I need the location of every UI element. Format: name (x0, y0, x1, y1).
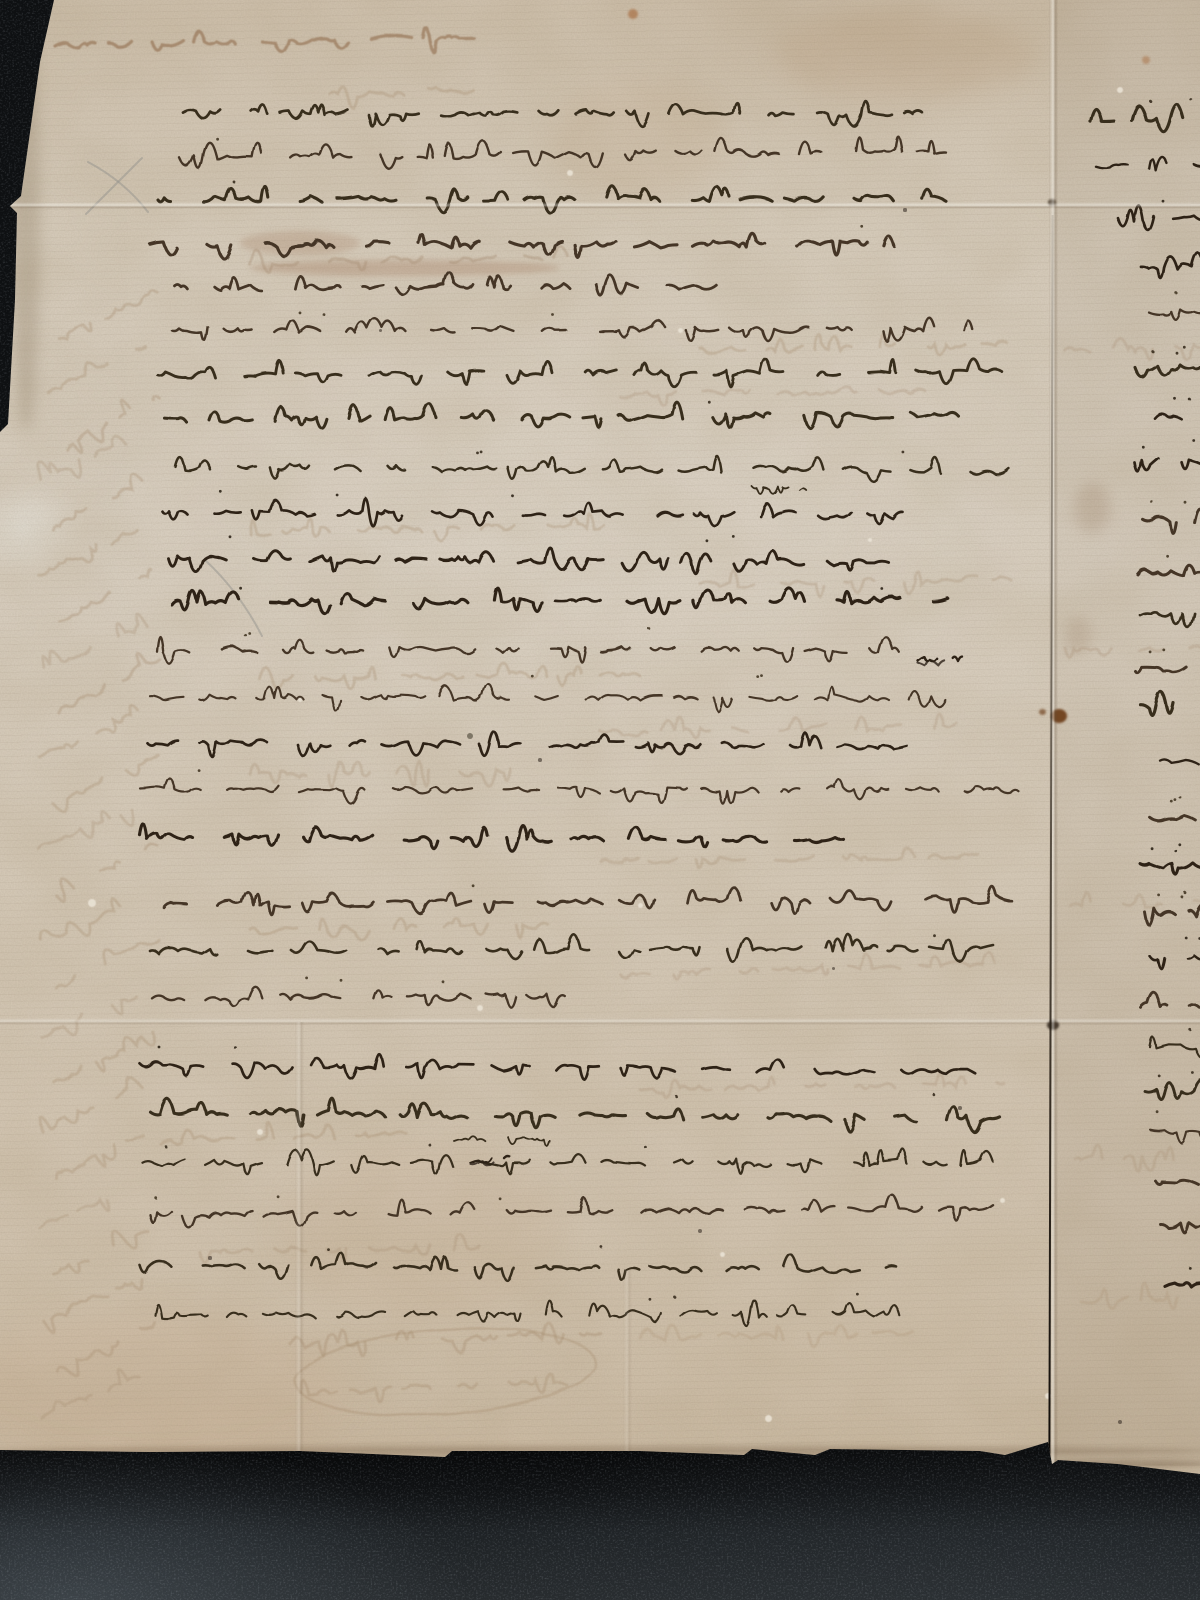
fold-crease-horizontal-middle (0, 1018, 1200, 1025)
paper-fleck (868, 538, 872, 542)
fold-crease-horizontal-top (0, 202, 1200, 209)
dark-speck (379, 329, 382, 332)
minor-crease-center (623, 1270, 632, 1455)
paper-fleck (678, 328, 683, 333)
paper-fleck (765, 1415, 772, 1422)
minor-crease-left (295, 1022, 304, 1455)
paper-fleck (1000, 1198, 1005, 1203)
dark-speck (698, 1229, 702, 1233)
dark-speck (538, 758, 542, 762)
photo-of-handwritten-letter (0, 0, 1200, 1600)
dark-speck (832, 967, 835, 970)
paper-fleck (720, 1252, 725, 1257)
paper-fleck (88, 899, 96, 907)
handwriting-layer (0, 0, 1200, 1600)
paper-fleck (1117, 87, 1123, 93)
letter-bifolium-paper (0, 0, 1200, 1600)
paper-fleck (298, 698, 302, 702)
dark-speck (208, 1256, 211, 1259)
dark-speck (958, 1106, 962, 1110)
stain (1039, 709, 1046, 715)
paper-fleck (257, 1129, 263, 1135)
paper-fleck (477, 1005, 483, 1011)
paper-fleck (567, 170, 573, 176)
paper-fleck (638, 903, 643, 908)
dark-speck (1118, 1420, 1122, 1424)
